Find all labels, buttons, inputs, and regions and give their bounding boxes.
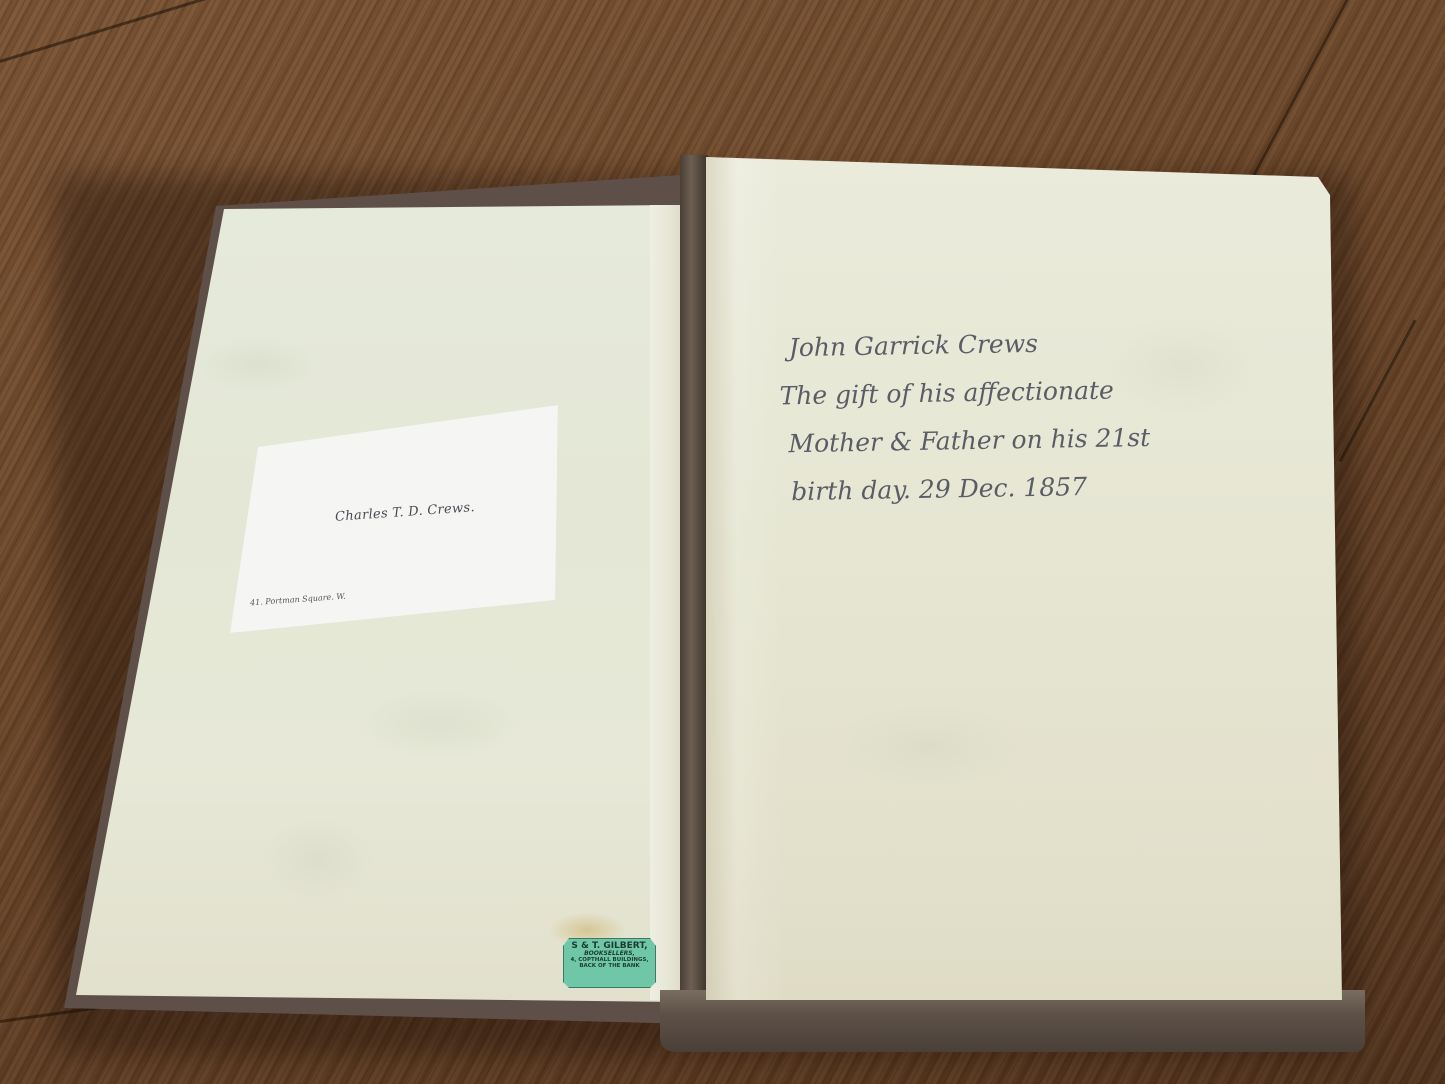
book-spine-gap [680,155,708,995]
handwritten-inscription: John Garrick Crews The gift of his affec… [768,315,1291,516]
inscription-line-4: birth day. 29 Dec. 1857 [771,459,1292,516]
bookseller-label: S & T. GILBERT, BOOKSELLERS, 4, COPTHALL… [563,938,656,988]
paper-mottle [706,155,1342,1000]
label-line-4: BACK OF THE BANK [564,964,655,970]
right-flyleaf [706,155,1342,1000]
gutter-shading [706,155,784,1000]
